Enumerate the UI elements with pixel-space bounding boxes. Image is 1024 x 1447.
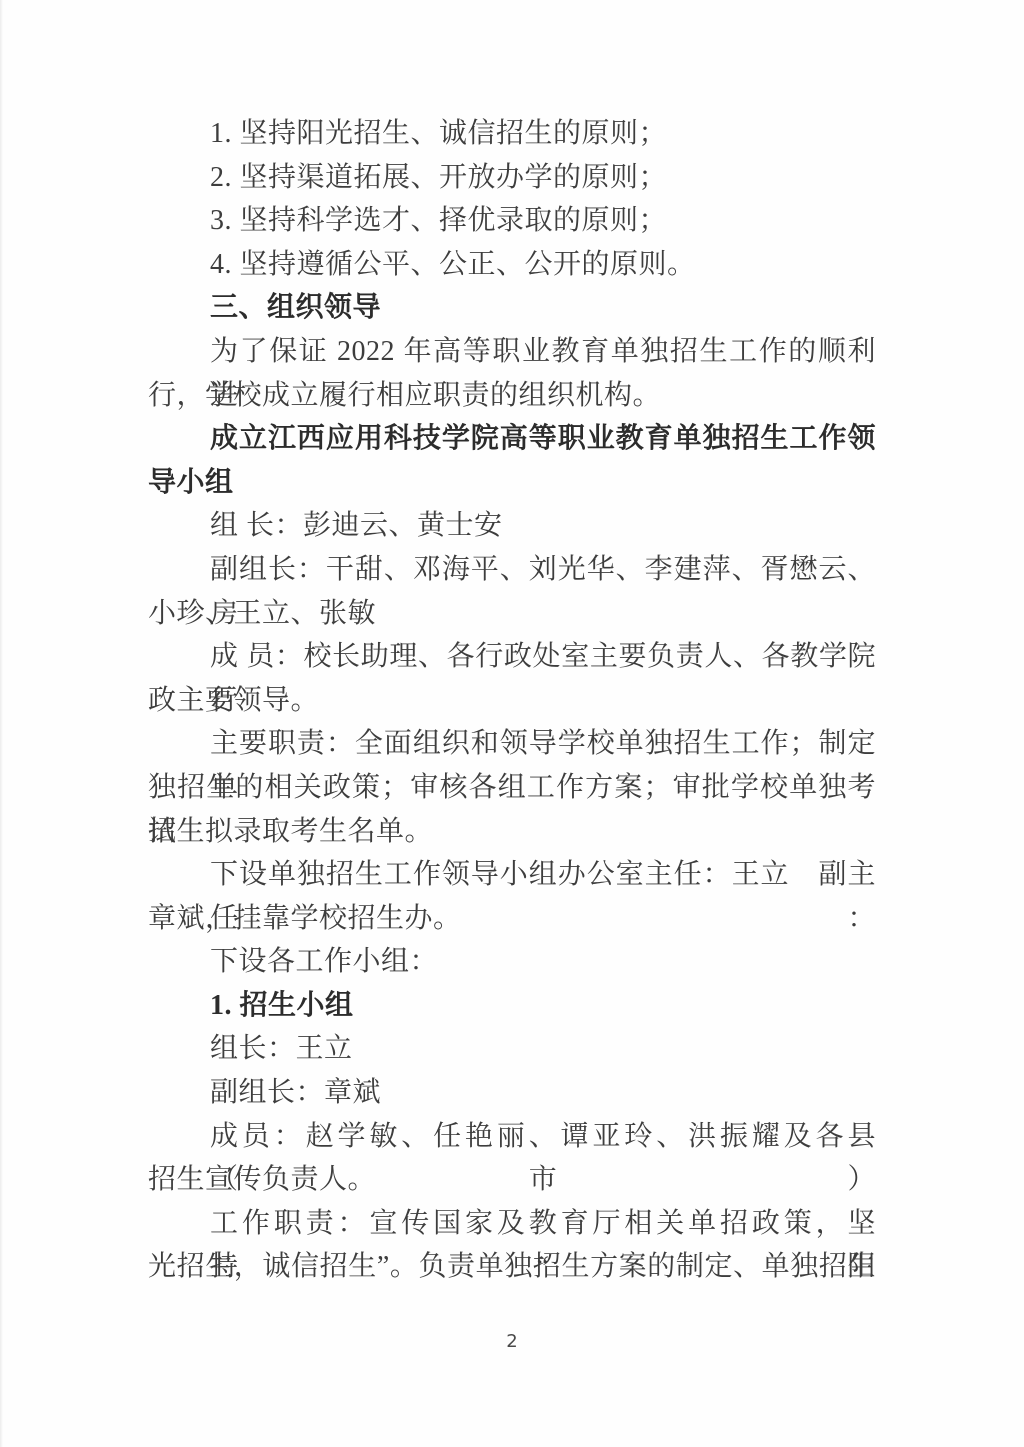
text-line: 副组长：章斌 <box>210 1071 876 1115</box>
text-line: 工作职责：宣传国家及教育厅相关单招政策，坚持“阳 <box>210 1202 876 1246</box>
text-line: 1. 坚持阳光招生、诚信招生的原则； <box>210 112 876 156</box>
text-line: 2. 坚持渠道拓展、开放办学的原则； <box>210 156 876 200</box>
text-line: 成 员：校长助理、各行政处室主要负责人、各教学院行 <box>210 635 876 679</box>
text-line: 行，学校成立履行相应职责的组织机构。 <box>148 374 876 418</box>
text-line: 1. 招生小组 <box>210 984 876 1028</box>
document-body: 1. 坚持阳光招生、诚信招生的原则；2. 坚持渠道拓展、开放办学的原则；3. 坚… <box>148 112 876 1289</box>
text-line: 导小组 <box>148 461 876 505</box>
text-line: 副组长：干甜、邓海平、刘光华、李建萍、胥懋云、房 <box>210 548 876 592</box>
text-line: 成立江西应用科技学院高等职业教育单独招生工作领 <box>210 417 876 461</box>
text-line: 小珍、王立、张敏 <box>148 592 876 636</box>
text-line: 政主要领导。 <box>148 679 876 723</box>
text-line: 组 长：彭迪云、黄士安 <box>210 504 876 548</box>
text-line: 4. 坚持遵循公平、公正、公开的原则。 <box>210 243 876 287</box>
text-line: 3. 坚持科学选才、择优录取的原则； <box>210 199 876 243</box>
page-number: 2 <box>498 1330 526 1354</box>
text-line: 成员：赵学敏、任艳丽、谭亚玲、洪振耀及各县（市） <box>210 1115 876 1159</box>
text-line: 为了保证 2022 年高等职业教育单独招生工作的顺利进 <box>210 330 876 374</box>
text-line: 独招生的相关政策；审核各组工作方案；审批学校单独考试 <box>148 766 876 810</box>
text-line: 三、组织领导 <box>210 286 876 330</box>
text-line: 下设各工作小组： <box>210 940 876 984</box>
text-line: 下设单独招生工作领导小组办公室主任：王立 副主任： <box>210 853 876 897</box>
text-line: 光招生，诚信招生”。负责单独招生方案的制定、单独招生 <box>148 1245 876 1289</box>
text-line: 主要职责：全面组织和领导学校单独招生工作；制定单 <box>210 722 876 766</box>
text-line: 组长：王立 <box>210 1027 876 1071</box>
scan-edge-shadow <box>0 0 3 1447</box>
document-page: 1. 坚持阳光招生、诚信招生的原则；2. 坚持渠道拓展、开放办学的原则；3. 坚… <box>0 0 1024 1447</box>
text-line: 招生拟录取考生名单。 <box>148 810 876 854</box>
